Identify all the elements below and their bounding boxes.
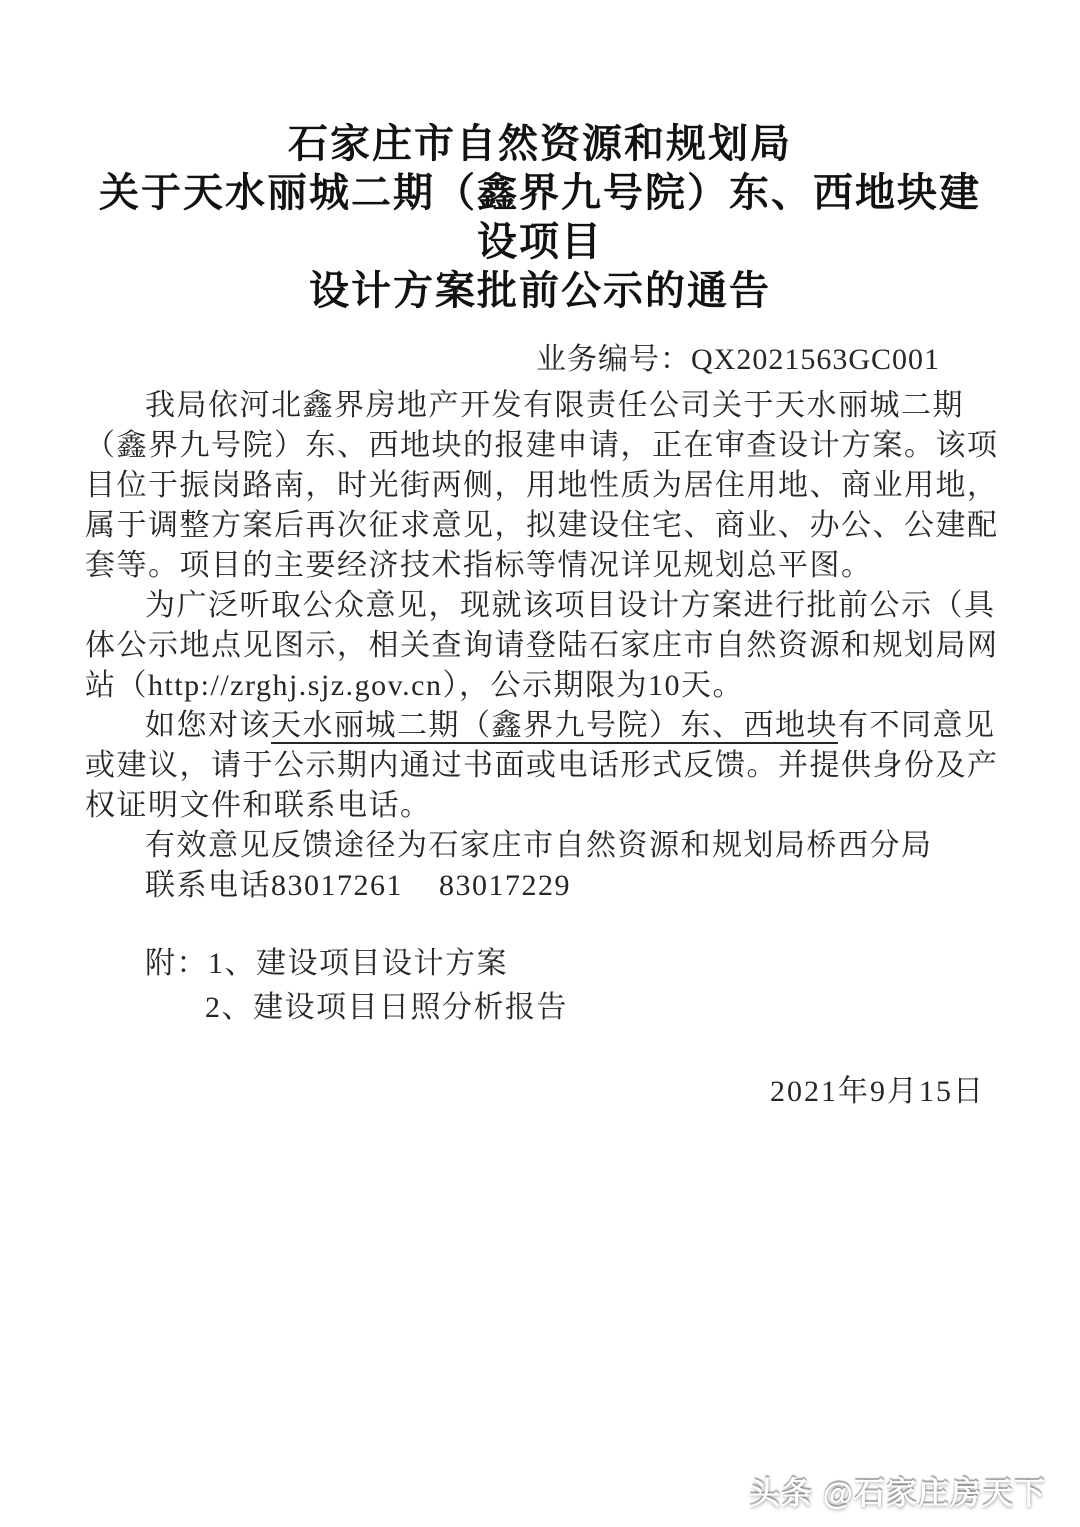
attachment-line-2: 2、建设项目日照分析报告	[85, 986, 985, 1030]
notice-document: 石家庄市自然资源和规划局 关于天水丽城二期（鑫界九号院）东、西地块建 设项目 设…	[0, 0, 1080, 1527]
paragraph-line: 权证明文件和联系电话。	[85, 786, 985, 826]
contact-phone-line: 联系电话83017261 83017229	[85, 866, 985, 906]
feedback-channel-line: 有效意见反馈途径为石家庄市自然资源和规划局桥西分局	[85, 826, 985, 866]
business-number: 业务编号：QX2021563GC001	[0, 340, 1080, 380]
paragraph-line: 套等。项目的主要经济技术指标等情况详见规划总平图。	[85, 546, 985, 586]
paragraph-line: 我局依河北鑫界房地产开发有限责任公司关于天水丽城二期	[85, 386, 985, 426]
paragraph-3: 如您对该天水丽城二期（鑫界九号院）东、西地块有不同意见 或建议，请于公示期内通过…	[85, 706, 985, 826]
toutiao-watermark: 头条 @石家庄房天下	[749, 1468, 1046, 1513]
paragraph-line: 为广泛听取公众意见，现就该项目设计方案进行批前公示（具	[85, 586, 985, 626]
paragraph-line: 目位于振岗路南，时光街两侧，用地性质为居住用地、商业用地，	[85, 466, 985, 506]
issue-date: 2021年9月15日	[85, 1072, 985, 1112]
attachment-line-1: 附：1、建设项目设计方案	[85, 942, 985, 986]
paragraph-line: 或建议，请于公示期内通过书面或电话形式反馈。并提供身份及产	[85, 746, 985, 786]
title-line-4: 设计方案批前公示的通告	[0, 267, 1080, 316]
feedback-section: 有效意见反馈途径为石家庄市自然资源和规划局桥西分局 联系电话83017261 8…	[85, 826, 985, 906]
document-title: 石家庄市自然资源和规划局 关于天水丽城二期（鑫界九号院）东、西地块建 设项目 设…	[0, 0, 1080, 316]
paragraph-line: 如您对该天水丽城二期（鑫界九号院）东、西地块有不同意见	[85, 706, 985, 746]
paragraph-text: 有不同意见	[838, 709, 996, 742]
paragraph-text: 如您对该	[145, 709, 271, 742]
underlined-project-name: 天水丽城二期（鑫界九号院）东、西地块	[271, 709, 838, 742]
paragraph-1: 我局依河北鑫界房地产开发有限责任公司关于天水丽城二期 （鑫界九号院）东、西地块的…	[85, 386, 985, 586]
watermark-text: 头条 @石家庄房天下	[749, 1476, 1046, 1511]
paragraph-line: 站（http://zrghj.sjz.gov.cn），公示期限为10天。	[85, 666, 985, 706]
paragraph-line: 体公示地点见图示，相关查询请登陆石家庄市自然资源和规划局网	[85, 626, 985, 666]
title-line-1: 石家庄市自然资源和规划局	[0, 120, 1080, 169]
notice-body: 我局依河北鑫界房地产开发有限责任公司关于天水丽城二期 （鑫界九号院）东、西地块的…	[85, 386, 985, 1112]
title-line-2: 关于天水丽城二期（鑫界九号院）东、西地块建	[0, 169, 1080, 218]
paragraph-line: （鑫界九号院）东、西地块的报建申请，正在审查设计方案。该项	[85, 426, 985, 466]
paragraph-line: 属于调整方案后再次征求意见，拟建设住宅、商业、办公、公建配	[85, 506, 985, 546]
attachments-section: 附：1、建设项目设计方案 2、建设项目日照分析报告	[85, 942, 985, 1030]
paragraph-2: 为广泛听取公众意见，现就该项目设计方案进行批前公示（具 体公示地点见图示，相关查…	[85, 586, 985, 706]
title-line-3: 设项目	[0, 218, 1080, 267]
